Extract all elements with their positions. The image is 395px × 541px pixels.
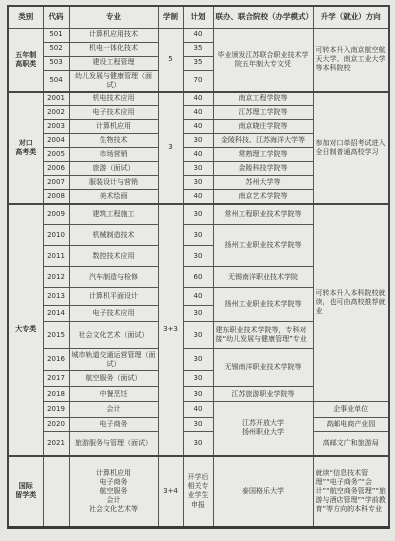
plan-cell: 30: [183, 225, 213, 246]
years-cell: 3+4: [158, 456, 183, 528]
code-cell: 2006: [43, 162, 69, 176]
plan-cell: 30: [183, 176, 213, 190]
enrollment-plan-table: 类别 代码 专业 学制 计划 联办、联合院校（办学模式） 升学（就业）方向 五年…: [7, 5, 390, 529]
plan-cell: 60: [183, 267, 213, 288]
major-cell: 建设工程管理: [69, 56, 158, 70]
code-cell: 2003: [43, 120, 69, 134]
major-cell: 电子技术应用: [69, 106, 158, 120]
code-cell: [43, 456, 69, 528]
code-cell: 2008: [43, 190, 69, 204]
plan-cell: 30: [183, 162, 213, 176]
major-cell: 计算机平面设计: [69, 288, 158, 306]
college-cell: 无锡南洋职业技术学院等: [213, 349, 313, 387]
college-cell: 扬州工业职业技术学院等: [213, 225, 313, 267]
plan-cell: 开学后相关专业学生申报: [183, 456, 213, 528]
header-college: 联办、联合院校（办学模式）: [213, 6, 313, 28]
direction-cell: 可转本升入南京航空航天大学、南京工业大学等本科院校: [313, 28, 389, 92]
code-cell: 2010: [43, 225, 69, 246]
plan-cell: 40: [183, 190, 213, 204]
code-cell: 2011: [43, 246, 69, 267]
college-cell: 南京工程学院等: [213, 92, 313, 106]
header-major: 专业: [69, 6, 158, 28]
code-cell: 2021: [43, 432, 69, 456]
major-cell: 汽车制造与检修: [69, 267, 158, 288]
years-cell: 3+3: [158, 204, 183, 456]
college-cell: 常州工程职业技术学院等: [213, 204, 313, 225]
major-cell: 建筑工程施工: [69, 204, 158, 225]
major-cell: 航空服务（面试）: [69, 371, 158, 387]
code-cell: 2004: [43, 134, 69, 148]
plan-cell: 30: [183, 432, 213, 456]
code-cell: 501: [43, 28, 69, 42]
major-cell: 计算机应用 电子商务 航空服务 会计 社会文化艺术等: [69, 456, 158, 528]
major-cell: 机电技术应用: [69, 92, 158, 106]
college-cell: 扬州工业职业技术学院等: [213, 288, 313, 322]
major-cell: 旅游（面试）: [69, 162, 158, 176]
major-cell: 旅游服务与管理（面试）: [69, 432, 158, 456]
code-cell: 2005: [43, 148, 69, 162]
code-cell: 503: [43, 56, 69, 70]
plan-cell: 40: [183, 402, 213, 418]
college-cell: 金陵科技、江苏海洋大学等: [213, 134, 313, 148]
direction-cell: 高邮文广和旅游局: [313, 432, 389, 456]
header-category: 类别: [8, 6, 43, 28]
code-cell: 2016: [43, 349, 69, 371]
college-cell: 毕业颁发江苏联合职业技术学院五年制大专文凭: [213, 28, 313, 92]
plan-cell: 30: [183, 134, 213, 148]
plan-cell: 30: [183, 418, 213, 432]
code-cell: 2013: [43, 288, 69, 306]
major-cell: 社会文化艺术（面试）: [69, 322, 158, 349]
college-cell: 南京艺术学院等: [213, 190, 313, 204]
major-cell: 生物技术: [69, 134, 158, 148]
plan-cell: 35: [183, 56, 213, 70]
code-cell: 2007: [43, 176, 69, 190]
major-cell: 中餐烹饪: [69, 387, 158, 402]
plan-cell: 40: [183, 92, 213, 106]
code-cell: 2001: [43, 92, 69, 106]
code-cell: 502: [43, 42, 69, 56]
plan-cell: 30: [183, 387, 213, 402]
major-cell: 市场营销: [69, 148, 158, 162]
plan-cell: 30: [183, 371, 213, 387]
major-cell: 电子技术应用: [69, 306, 158, 322]
plan-cell: 40: [183, 28, 213, 42]
code-cell: 2002: [43, 106, 69, 120]
college-cell: 无锡南洋职业技术学院: [213, 267, 313, 288]
major-cell: 美术绘画: [69, 190, 158, 204]
code-cell: 2012: [43, 267, 69, 288]
header-code: 代码: [43, 6, 69, 28]
plan-cell: 30: [183, 322, 213, 349]
direction-cell: 高邮电商产业园: [313, 418, 389, 432]
major-cell: 服装设计与营销: [69, 176, 158, 190]
plan-cell: 40: [183, 106, 213, 120]
major-cell: 计算机应用技术: [69, 28, 158, 42]
major-cell: 机电一体化技术: [69, 42, 158, 56]
plan-cell: 30: [183, 204, 213, 225]
major-cell: 会计: [69, 402, 158, 418]
code-cell: 2018: [43, 387, 69, 402]
major-cell: 计算机应用: [69, 120, 158, 134]
table-row: 对口 高考类 2001 机电技术应用 3 40 南京工程学院等 参加对口单招考试…: [8, 92, 389, 106]
code-cell: 2009: [43, 204, 69, 225]
category-cell: 对口 高考类: [8, 92, 43, 204]
plan-cell: 35: [183, 42, 213, 56]
plan-cell: 40: [183, 120, 213, 134]
category-cell: 国际 留学类: [8, 456, 43, 528]
college-cell: 金陵科技学院等: [213, 162, 313, 176]
code-cell: 2017: [43, 371, 69, 387]
table-row: 大专类 2009 建筑工程施工 3+3 30 常州工程职业技术学院等 可转本升入…: [8, 204, 389, 225]
code-cell: 2015: [43, 322, 69, 349]
category-cell: 大专类: [8, 204, 43, 456]
college-cell: 江苏旅游职业学院等: [213, 387, 313, 402]
years-cell: 3: [158, 92, 183, 204]
category-cell: 五年制 高职类: [8, 28, 43, 92]
plan-cell: 40: [183, 148, 213, 162]
major-cell: 数控技术应用: [69, 246, 158, 267]
code-cell: 2020: [43, 418, 69, 432]
table-row: 2021 旅游服务与管理（面试） 30 高邮文广和旅游局: [8, 432, 389, 456]
years-cell: 5: [158, 28, 183, 92]
direction-cell: 就读“信息技术管理”“电子商务”“会计”“航空商务管理”“旅游与酒店管理”“学前…: [313, 456, 389, 528]
header-direction: 升学（就业）方向: [313, 6, 389, 28]
direction-cell: 参加对口单招考试进入全日制普通高校学习: [313, 92, 389, 204]
college-cell: 建东职业技术学院等，专科对接“幼儿发展与健康管理”专业: [213, 322, 313, 349]
college-cell: 江苏理工学院等: [213, 106, 313, 120]
major-cell: 电子商务: [69, 418, 158, 432]
table-header-row: 类别 代码 专业 学制 计划 联办、联合院校（办学模式） 升学（就业）方向: [8, 6, 389, 28]
scanned-enrollment-table-page: { "colors": { "paper": "#e6e6e3", "borde…: [0, 0, 395, 541]
code-cell: 2014: [43, 306, 69, 322]
college-cell: 泰国格乐大学: [213, 456, 313, 528]
table-row: 2019 会计 40 江苏开放大学 扬州职业大学 企事业单位: [8, 402, 389, 418]
direction-cell: 可转本升入本科院校就读，也可由高校推荐就业: [313, 204, 389, 402]
header-plan: 计划: [183, 6, 213, 28]
table-row: 2020 电子商务 30 高邮电商产业园: [8, 418, 389, 432]
major-cell: 幼儿发展与健康管理（面试）: [69, 70, 158, 92]
code-cell: 2019: [43, 402, 69, 418]
plan-cell: 40: [183, 288, 213, 306]
major-cell: 城市轨道交通运营管理（面试）: [69, 349, 158, 371]
table-row: 国际 留学类 计算机应用 电子商务 航空服务 会计 社会文化艺术等 3+4 开学…: [8, 456, 389, 528]
code-cell: 504: [43, 70, 69, 92]
plan-cell: 30: [183, 349, 213, 371]
plan-cell: 30: [183, 246, 213, 267]
header-years: 学制: [158, 6, 183, 28]
plan-cell: 70: [183, 70, 213, 92]
college-cell: 江苏开放大学 扬州职业大学: [213, 402, 313, 456]
plan-cell: 30: [183, 306, 213, 322]
table-row: 五年制 高职类 501 计算机应用技术 5 40 毕业颁发江苏联合职业技术学院五…: [8, 28, 389, 42]
major-cell: 机械制造技术: [69, 225, 158, 246]
direction-cell: 企事业单位: [313, 402, 389, 418]
college-cell: 常熟理工学院等: [213, 148, 313, 162]
college-cell: 苏州大学等: [213, 176, 313, 190]
college-cell: 南京晓庄学院等: [213, 120, 313, 134]
